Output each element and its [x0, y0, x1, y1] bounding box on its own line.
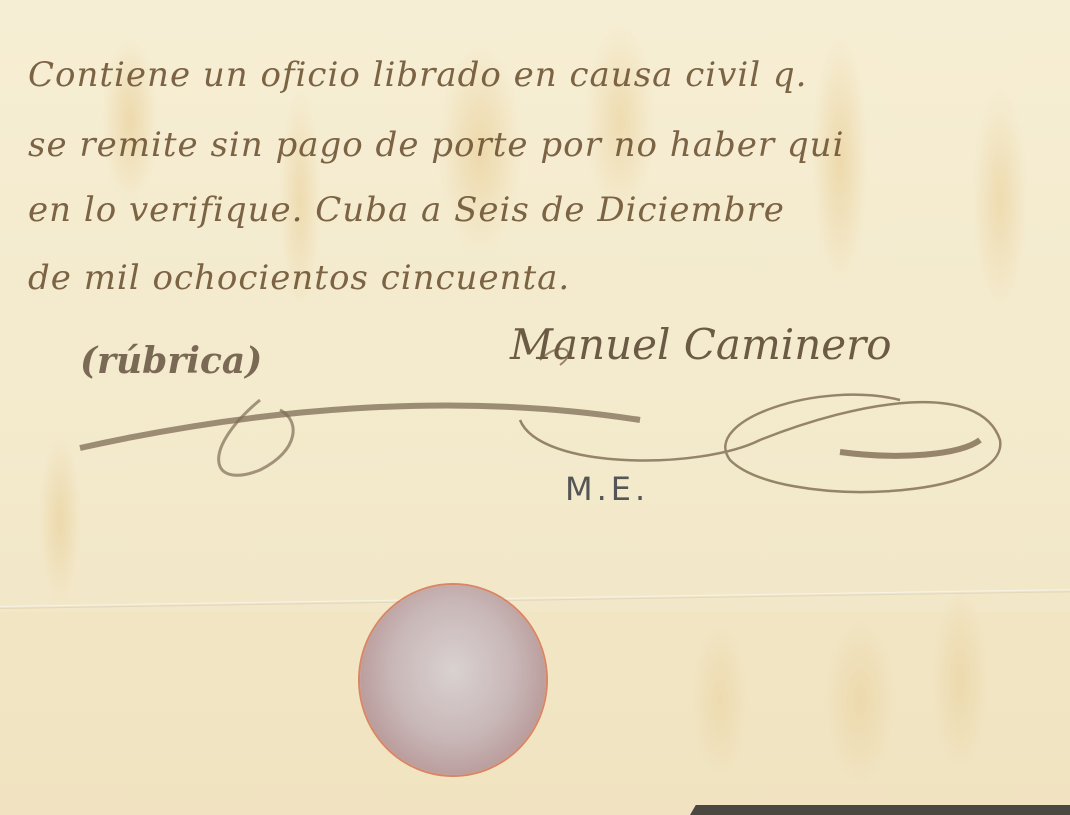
- frame-edge: [690, 805, 1070, 815]
- pencil-mark: M.E.: [565, 470, 649, 508]
- wax-seal: [360, 585, 546, 775]
